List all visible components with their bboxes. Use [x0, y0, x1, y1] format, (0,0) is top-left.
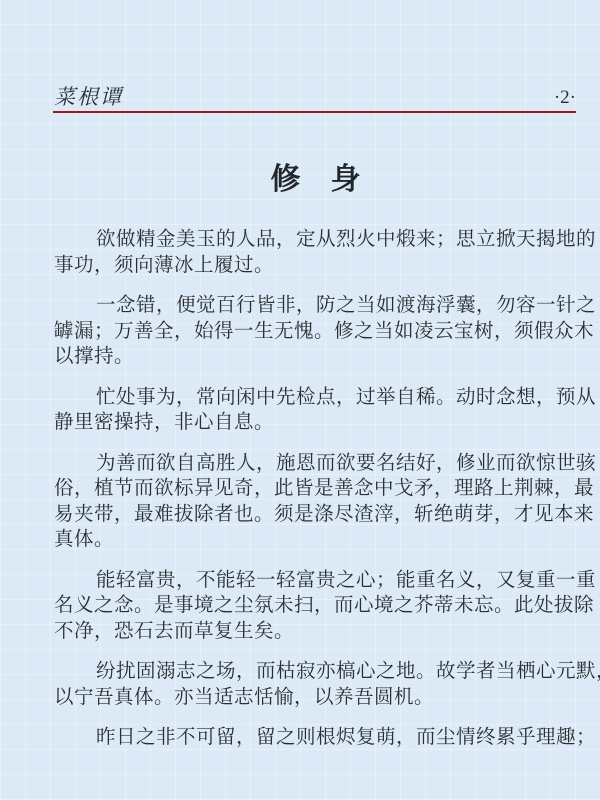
chapter-title: 修 身 — [54, 164, 577, 195]
text-line: 欲做精金美玉的人品，定从烈火中煅来；思立掀天揭地的 — [54, 227, 584, 253]
text-line: 俗，植节而欲标异见奇，此皆是善念中戈矛，理路上荆棘，最 — [54, 476, 584, 502]
paragraph: 一念错，便觉百行皆非，防之当如渡海浮囊，勿容一针之罅漏；万善全，始得一生无愧。修… — [54, 293, 584, 370]
paragraph: 忙处事为，常向闲中先检点，过举自稀。动时念想，预从静里密操持，非心自息。 — [54, 385, 584, 436]
text-line: 为善而欲自高胜人，施恩而欲要名结好，修业而欲惊世骇 — [54, 451, 584, 477]
page-header: 菜根谭 ·2· — [54, 85, 576, 109]
text-line: 不净，恐石去而草复生矣。 — [54, 619, 584, 645]
page-number: ·2· — [554, 87, 576, 109]
text-line: 以撑持。 — [54, 344, 584, 370]
paragraph: 昨日之非不可留，留之则根烬复萌，而尘情终累乎理趣； — [54, 725, 584, 751]
text-line: 纷扰固溺志之场，而枯寂亦槁心之地。故学者当栖心元默， — [54, 659, 584, 685]
text-line: 以宁吾真体。亦当适志恬愉，以养吾圆机。 — [54, 685, 584, 711]
text-line: 能轻富贵，不能轻一轻富贵之心；能重名义，又复重一重 — [54, 568, 584, 594]
paragraph: 为善而欲自高胜人，施恩而欲要名结好，修业而欲惊世骇俗，植节而欲标异见奇，此皆是善… — [54, 451, 584, 553]
paragraph: 欲做精金美玉的人品，定从烈火中煅来；思立掀天揭地的事功，须向薄冰上履过。 — [54, 227, 584, 278]
book-title: 菜根谭 — [54, 85, 123, 109]
body-text: 欲做精金美玉的人品，定从烈火中煅来；思立掀天揭地的事功，须向薄冰上履过。一念错，… — [54, 227, 584, 766]
text-line: 昨日之非不可留，留之则根烬复萌，而尘情终累乎理趣； — [54, 725, 584, 751]
header-rule — [53, 111, 576, 113]
text-line: 静里密操持，非心自息。 — [54, 410, 584, 436]
text-line: 一念错，便觉百行皆非，防之当如渡海浮囊，勿容一针之 — [54, 293, 584, 319]
text-line: 忙处事为，常向闲中先检点，过举自稀。动时念想，预从 — [54, 385, 584, 411]
ebook-page: 菜根谭 ·2· 修 身 欲做精金美玉的人品，定从烈火中煅来；思立掀天揭地的事功，… — [0, 0, 600, 800]
paragraph: 能轻富贵，不能轻一轻富贵之心；能重名义，又复重一重名义之念。是事境之尘氛未扫，而… — [54, 568, 584, 645]
paragraph: 纷扰固溺志之场，而枯寂亦槁心之地。故学者当栖心元默，以宁吾真体。亦当适志恬愉，以… — [54, 659, 584, 710]
text-line: 名义之念。是事境之尘氛未扫，而心境之芥蒂未忘。此处拔除 — [54, 593, 584, 619]
text-line: 事功，须向薄冰上履过。 — [54, 253, 584, 279]
text-line: 罅漏；万善全，始得一生无愧。修之当如凌云宝树，须假众木 — [54, 319, 584, 345]
text-line: 易夹带，最难拔除者也。须是涤尽渣滓，斩绝萌芽，才见本来 — [54, 502, 584, 528]
text-line: 真体。 — [54, 527, 584, 553]
